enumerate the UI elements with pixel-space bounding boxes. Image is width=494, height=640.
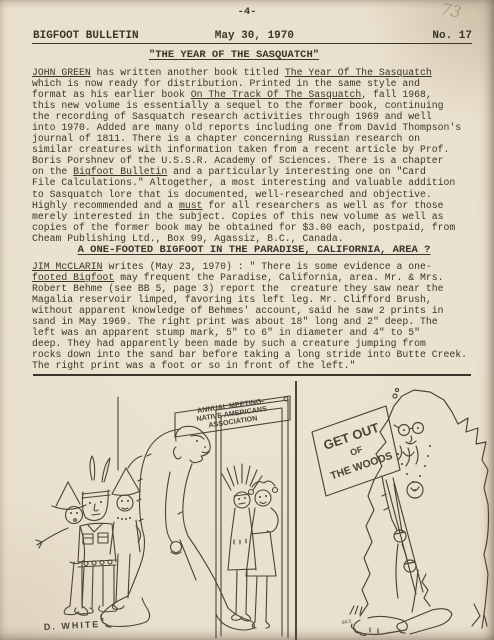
text-line: similar creatures with information taken… [32,144,482,155]
text-line: the recording of Sasquatch research acti… [32,111,482,122]
text-line: JOHN GREEN has written another book titl… [32,67,482,78]
text-line: footed Bigfoot may frequent the Paradise… [32,272,482,283]
cartoon-left-panel: ANNUAL MEETING- NATIVE AMERICANS ASSOCIA… [30,380,296,640]
watcher-banded-hat-figure [110,456,142,609]
text-line: journal of 1811. There is a chapter conc… [32,133,482,144]
pencil-annotation: 73 [439,0,463,22]
text-line: The right print was a foot or so in fron… [32,360,482,371]
chain-dots [397,427,431,491]
doodle-mark [395,388,398,391]
artist-mark: BILS [341,618,351,625]
watcher-pointed-hat-figure [36,482,88,615]
masthead: BIGFOOT BULLETIN May 30, 1970 No. 17 [32,27,472,44]
text-line: Cheam Publishing Ltd., Box 99, Agassiz, … [32,233,482,244]
meeting-sign-text: ANNUAL MEETING- NATIVE AMERICANS ASSOCIA… [195,396,269,431]
protest-sign-line-2: OF [349,444,365,458]
newsletter-page: -4- 73 BIGFOOT BULLETIN May 30, 1970 No.… [0,0,494,640]
doodle-mark [393,394,397,398]
page-number: -4- [0,6,494,18]
door-frame [216,400,288,638]
text-line: File Calculations." Altogether, a most i… [32,177,482,188]
text-line: into 1970. Added are many old reports in… [32,122,482,133]
masthead-title: BIGFOOT BULLETIN [33,30,139,42]
text-line: Highly recommended and a must for all re… [32,200,482,211]
text-line: format as his earlier book On The Track … [32,89,482,100]
text-line: rocks down into the sand bar before taki… [32,349,482,360]
text-line: merely interested in the subject. Copies… [32,211,482,222]
article2-heading: A ONE-FOOTED BIGFOOT IN THE PARADISE, CA… [32,244,476,256]
text-line: deep. They had apparently been made by s… [32,338,482,349]
protest-sign-line-3: THE WOODS [329,450,394,482]
artist-signature: D. WHITE [44,619,101,632]
text-line: to Sasquatch lore that is documented, we… [32,189,482,200]
text-line: left was an apparent stump mark, 5" to 6… [32,327,482,338]
text-line: which is now ready for distribution. Pri… [32,78,482,89]
text-line: on the Bigfoot Bulletin and a particular… [32,166,482,177]
watcher-feather-headband-figure [75,456,117,614]
article2-body: JIM McCLARIN writes (May 23, 1970) : " T… [32,261,482,371]
article1-body: JOHN GREEN has written another book titl… [32,67,482,244]
masthead-date: May 30, 1970 [215,30,294,42]
cartoon-right-panel: GET OUT OF THE WOODS BILS [298,380,492,640]
text-line: JIM McCLARIN writes (May 23, 1970) : " T… [32,261,482,272]
masthead-issue-number: No. 17 [432,30,472,42]
text-line: copies of the former book may be obtaine… [32,222,482,233]
sasquatch-figure [101,426,255,630]
cartoon-top-rule [33,374,471,376]
doorway-woman-figure [246,481,278,628]
text-line: without apparent knowledge of Behmes' ac… [32,305,482,316]
text-line: Magalia reservoir limped, favoring its l… [32,294,482,305]
text-line: Boris Porshnev of the U.S.S.R. Academy o… [32,155,482,166]
text-line: sand in May 1969. The right print was ab… [32,316,482,327]
text-line: Robert Behme (see BB 5, page 3) report t… [32,283,482,294]
text-line: this new volume is essentially a sequel … [32,100,482,111]
article1-heading: "THE YEAR OF THE SASQUATCH" [12,49,456,61]
